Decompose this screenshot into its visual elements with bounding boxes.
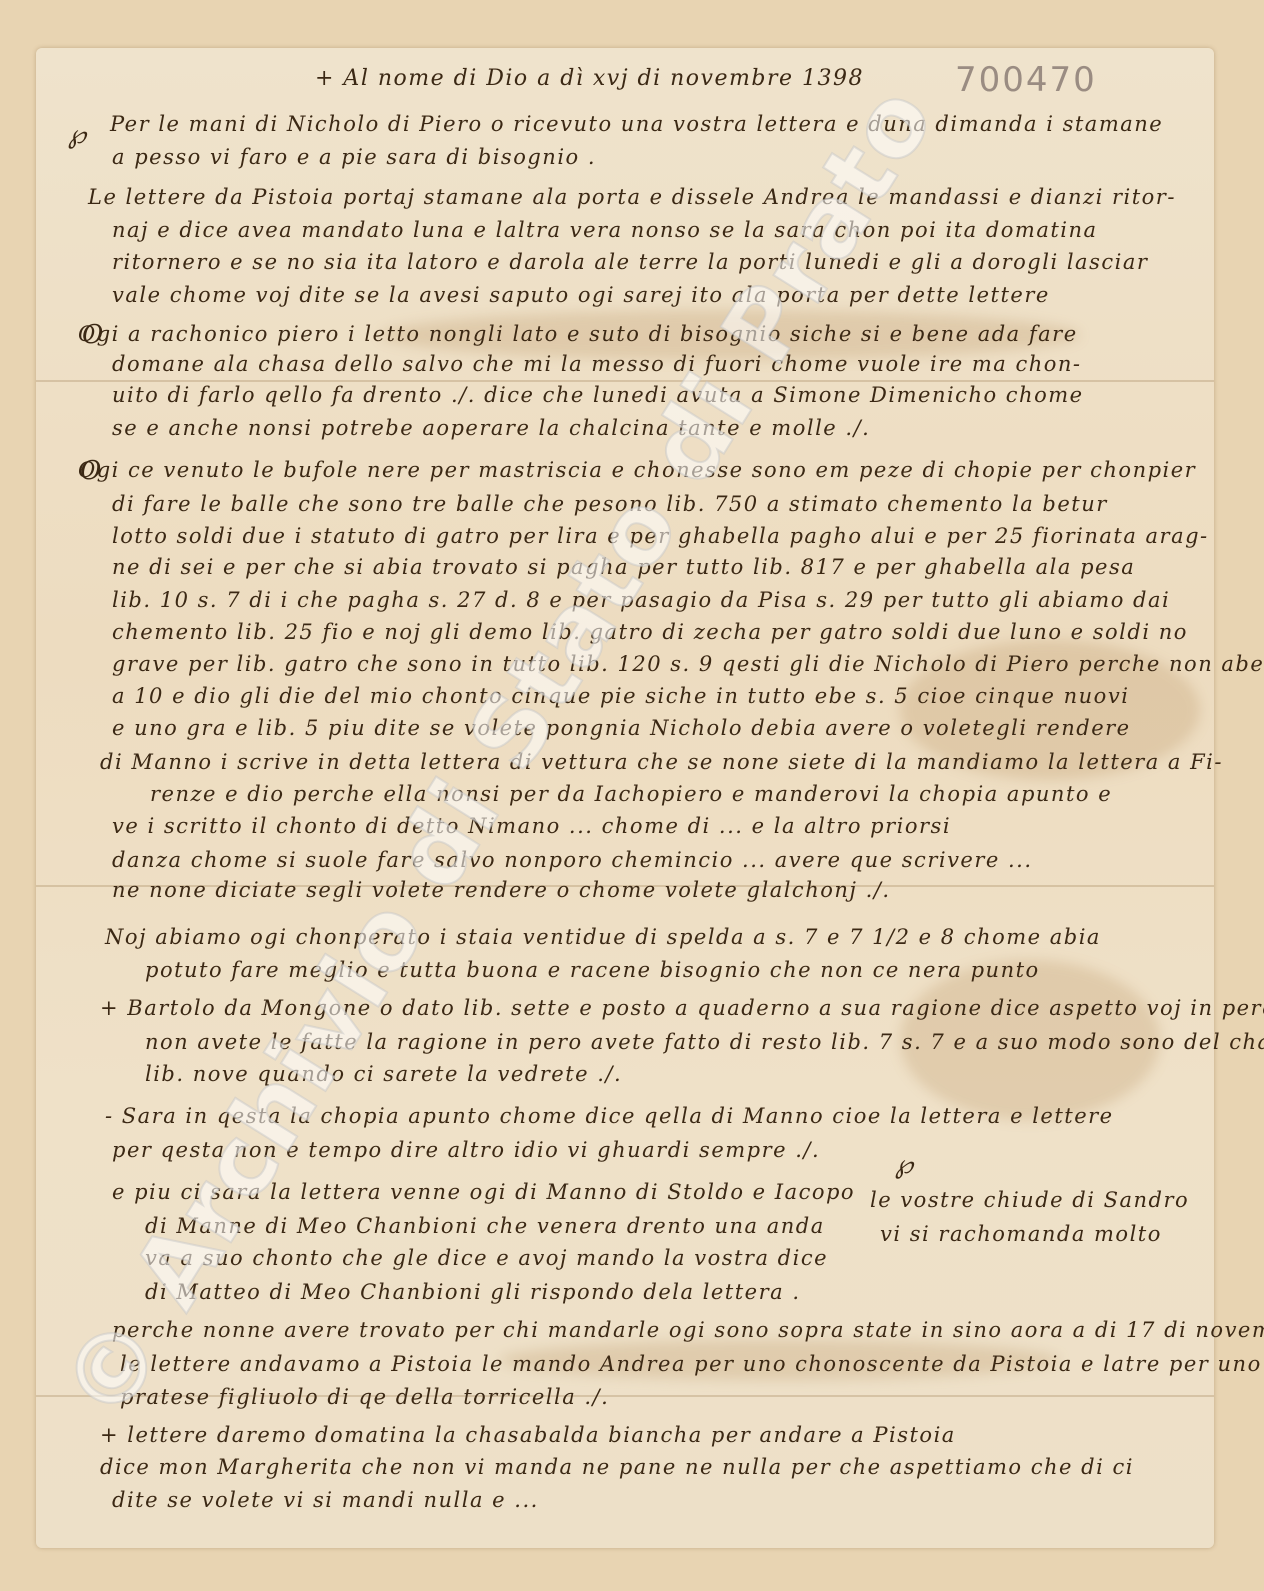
letter-line: Ogi a rachonico piero i letto nongli lat… — [78, 322, 1078, 346]
fold-crease — [36, 380, 1214, 382]
letter-line: Le lettere da Pistoia portaj stamane ala… — [88, 185, 1176, 209]
letter-line: Noj abiamo ogi chonperato i staia ventid… — [105, 925, 1101, 949]
margin-mark: O — [80, 456, 103, 486]
side-note-line: vi si rachomanda molto — [880, 1222, 1162, 1246]
letter-line: a 10 e dio gli die del mio chonto cinque… — [112, 684, 1129, 708]
letter-line: + lettere daremo domatina la chasabalda … — [100, 1423, 956, 1447]
letter-line: dite se volete vi si mandi nulla e ... — [112, 1488, 539, 1512]
letter-line: di Manno i scrive in detta lettera di ve… — [100, 750, 1223, 774]
margin-mark: O — [82, 320, 105, 350]
letter-line: ritornero e se no sia ita latoro e darol… — [112, 250, 1148, 274]
letter-line: pratese figliuolo di qe della torricella… — [120, 1385, 609, 1409]
letter-line: chemento lib. 25 fio e noj gli demo lib.… — [112, 620, 1188, 644]
letter-line: dice mon Margherita che non vi manda ne … — [100, 1455, 1134, 1479]
letter-line: a pesso vi faro e a pie sara di bisognio… — [112, 145, 596, 169]
letter-line: ne none diciate segli volete rendere o c… — [112, 878, 891, 902]
letter-line: potuto fare meglio e tutta buona e racen… — [145, 958, 1040, 982]
letter-line: renze e dio perche ella nonsi per da Iac… — [150, 782, 1112, 806]
archive-number: 700470 — [955, 60, 1097, 100]
margin-mark: ℘ — [68, 120, 88, 150]
letter-line: naj e dice avea mandato luna e laltra ve… — [112, 218, 1098, 242]
letter-line: vale chome voj dite se la avesi saputo o… — [112, 283, 1050, 307]
letter-line: e uno gra e lib. 5 piu dite se volete po… — [112, 716, 1131, 740]
letter-line: ve i scritto il chonto di detto Nimano .… — [112, 814, 951, 838]
letter-line: lib. nove quando ci sarete la vedrete ./… — [145, 1062, 622, 1086]
letter-line: Per le mani di Nicholo di Piero o ricevu… — [110, 112, 1163, 136]
letter-line: uito di farlo qello fa drento ./. dice c… — [112, 383, 1084, 407]
side-note-line: le vostre chiude di Sandro — [870, 1188, 1189, 1212]
letter-line: le lettere andavamo a Pistoia le mando A… — [120, 1352, 1262, 1376]
letter-line: danza chome si suole fare salvo nonporo … — [112, 848, 1033, 872]
letter-header: + Al nome di Dio a dì xvj di novembre 13… — [315, 66, 864, 91]
letter-line: perche nonne avere trovato per chi manda… — [112, 1318, 1264, 1342]
letter-line: domane ala chasa dello salvo che mi la m… — [112, 352, 1082, 376]
letter-line: di Matteo di Meo Chanbioni gli rispondo … — [145, 1280, 801, 1304]
letter-line: grave per lib. gatro che sono in tutto l… — [112, 652, 1264, 676]
margin-mark: ℘ — [895, 1150, 915, 1180]
